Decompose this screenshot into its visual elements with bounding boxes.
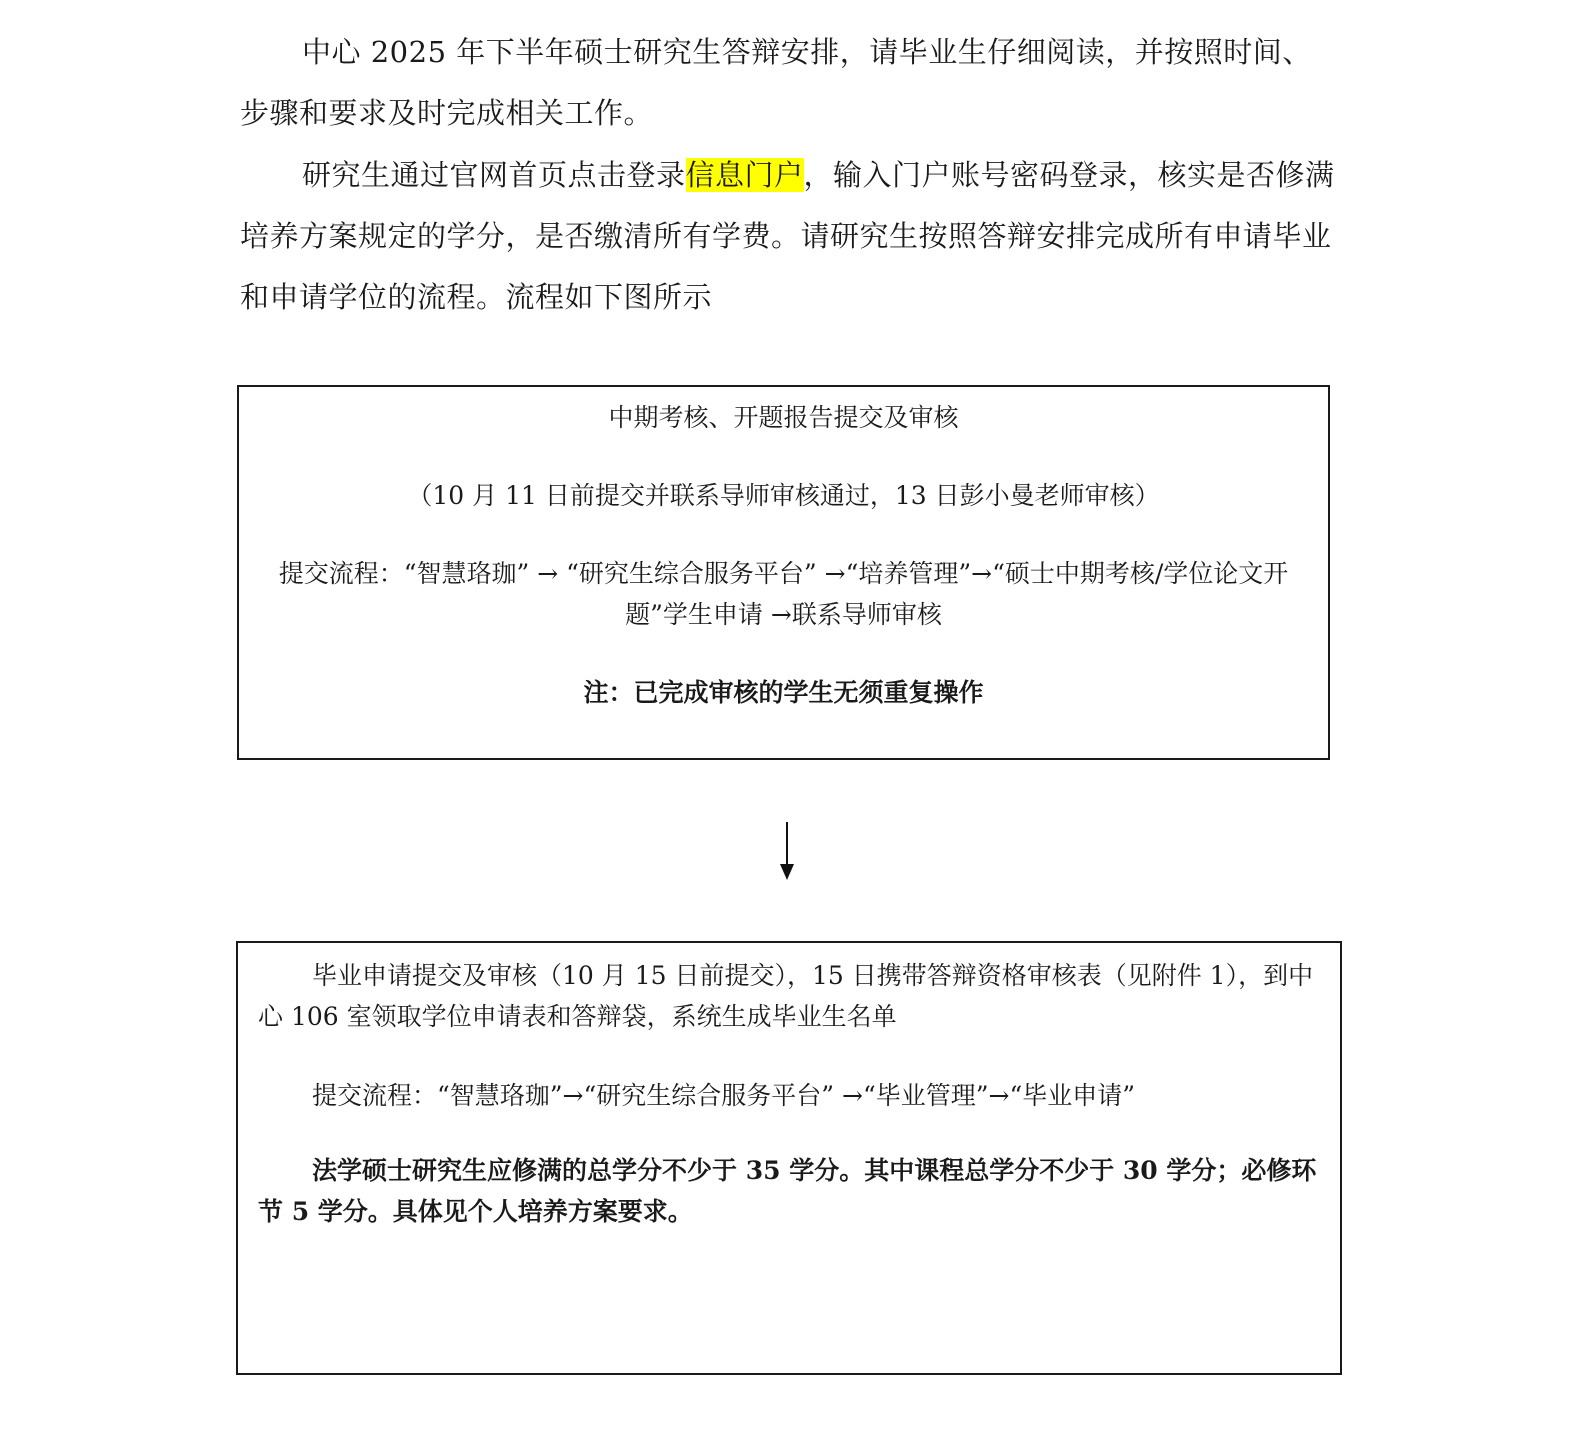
graduation-box-credits: 法学硕士研究生应修满的总学分不少于 35 学分。其中课程总学分不少于 30 学分… bbox=[258, 1150, 1324, 1232]
midterm-review-box: 中期考核、开题报告提交及审核 （10 月 11 日前提交并联系导师审核通过，13… bbox=[237, 385, 1330, 760]
graduation-box-flow: 提交流程：“智慧珞珈”→“研究生综合服务平台” →“毕业管理”→“毕业申请” bbox=[258, 1075, 1324, 1116]
midterm-box-title: 中期考核、开题报告提交及审核 bbox=[239, 397, 1328, 438]
intro-paragraph-2: 研究生通过官网首页点击登录信息门户，输入门户账号密码登录，核实是否修满培养方案规… bbox=[240, 145, 1340, 328]
highlighted-info-portal: 信息门户 bbox=[686, 158, 804, 192]
intro-text-1: 中心 2025 年下半年硕士研究生答辩安排，请毕业生仔细阅读，并按照时间、步骤和… bbox=[240, 35, 1312, 130]
graduation-application-box: 毕业申请提交及审核（10 月 15 日前提交），15 日携带答辩资格审核表（见附… bbox=[236, 941, 1342, 1375]
graduation-flow-text: 提交流程：“智慧珞珈”→“研究生综合服务平台” →“毕业管理”→“毕业申请” bbox=[312, 1081, 1135, 1110]
midterm-box-note: 注：已完成审核的学生无须重复操作 bbox=[239, 672, 1328, 713]
midterm-box-deadline: （10 月 11 日前提交并联系导师审核通过，13 日彭小曼老师审核） bbox=[239, 475, 1328, 516]
graduation-intro-text: 毕业申请提交及审核（10 月 15 日前提交），15 日携带答辩资格审核表（见附… bbox=[258, 961, 1313, 1031]
graduation-credits-text: 法学硕士研究生应修满的总学分不少于 35 学分。其中课程总学分不少于 30 学分… bbox=[258, 1156, 1316, 1226]
intro-paragraph-1: 中心 2025 年下半年硕士研究生答辩安排，请毕业生仔细阅读，并按照时间、步骤和… bbox=[240, 22, 1340, 144]
intro-text-2a: 研究生通过官网首页点击登录 bbox=[302, 158, 686, 192]
graduation-box-intro: 毕业申请提交及审核（10 月 15 日前提交），15 日携带答辩资格审核表（见附… bbox=[258, 955, 1324, 1037]
down-arrow-icon bbox=[780, 822, 794, 882]
midterm-box-flow: 提交流程：“智慧珞珈” → “研究生综合服务平台” →“培养管理”→“硕士中期考… bbox=[259, 553, 1308, 635]
